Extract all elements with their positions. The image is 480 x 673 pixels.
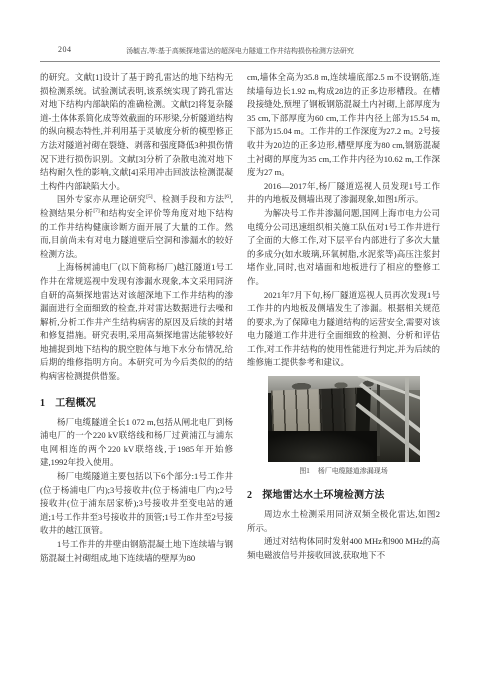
photo-scaffold-post-light [405,376,409,462]
paragraph-repair-work: 为解决号工作井渗漏问题,国网上海市电力公司电缆分公司迅速组织相关施工队伍对1号工… [247,207,440,289]
paragraph-gpr-method: 周边水土检测采用同济双频全极化雷达,如图2所示。 [247,508,440,535]
two-column-body: 的研究。文献[1]设计了基于跨孔雷达的地下结构无损检测系统。试验测试表明,该系统… [40,71,440,565]
text-run: 、检测手段和方法 [153,194,225,204]
figure-1-caption: 图1杨厂电缆隧道渗漏现场 [247,466,440,476]
figure-label: 图1 [299,467,310,475]
paper-page: 204 汤毓吉,等:基于高频探地雷达的超深电力隧道工作井结构损伤检测方法研究 的… [0,0,480,673]
paragraph-leak-discovery: 2016—2017年,杨厂隧道巡视人员发现1号工作井的内地板及侧墙出现了渗漏现象… [247,180,440,207]
right-column: cm,墙体全高为35.8 m,连续墙底部2.5 m不设钢筋,连续墙每边长1.92… [247,71,440,565]
figure-1-photo [268,376,420,462]
section-number: 1 [40,398,45,409]
text-run: 国外专家亦从理论研究 [57,194,146,204]
page-header: 204 汤毓吉,等:基于高频探地雷达的超深电力隧道工作井结构损伤检测方法研究 [40,45,440,62]
paragraph-shaft-wall-continuation: cm,墙体全高为35.8 m,连续墙底部2.5 m不设钢筋,连续墙每边长1.92… [247,71,440,180]
section-number: 2 [247,490,252,501]
section-1-heading: 1工程概况 [40,394,233,409]
paragraph-foreign-research: 国外专家亦从理论研究[5]、检测手段和方法[6],检测结果分析[7]和结构安全评… [40,193,233,261]
paragraph-tunnel-overview: 杨厂电缆隧道全长1 072 m,包括从闸北电厂到杨浦电厂的一个220 kV联络线… [40,416,233,470]
paragraph-study-overview: 上海杨树浦电厂(以下简称杨厂)越江隧道1号工作井在常规巡视中发现有渗漏水现象,本… [40,261,233,383]
photo-dark-shaft-void [268,431,377,462]
section-title: 工程概况 [55,398,96,409]
paragraph-shaft-wall: 1号工作井的井壁由钢筋混凝土地下连续墙与钢筋混凝土衬砌组成,地下连续墙的壁厚为8… [40,538,233,565]
paragraph-leak-recurrence: 2021年7月下旬,杨厂隧道巡视人员再次发现1号工作井的内地板及侧墙发生了渗漏。… [247,289,440,371]
paragraph-gpr-frequencies: 通过对结构体同时发射400 MHz和900 MHz的高频电磁波信号并接收回波,获… [247,535,440,562]
section-2-heading: 2探地雷达水土环境检测方法 [247,486,440,501]
figure-title: 杨厂电缆隧道渗漏现场 [318,467,388,475]
paragraph-tunnel-parts: 杨厂电缆隧道主要包括以下6个部分:1号工作井(位于杨浦电厂内);3号接收井(位于… [40,470,233,538]
figure-1: 图1杨厂电缆隧道渗漏现场 [247,376,440,476]
section-title: 探地雷达水土环境检测方法 [262,490,384,501]
paragraph-intro-continuation: 的研究。文献[1]设计了基于跨孔雷达的地下结构无损检测系统。试验测试表明,该系统… [40,71,233,193]
left-column: 的研究。文献[1]设计了基于跨孔雷达的地下结构无损检测系统。试验测试表明,该系统… [40,71,233,565]
running-title: 汤毓吉,等:基于高频探地雷达的超深电力隧道工作井结构损伤检测方法研究 [40,46,440,56]
